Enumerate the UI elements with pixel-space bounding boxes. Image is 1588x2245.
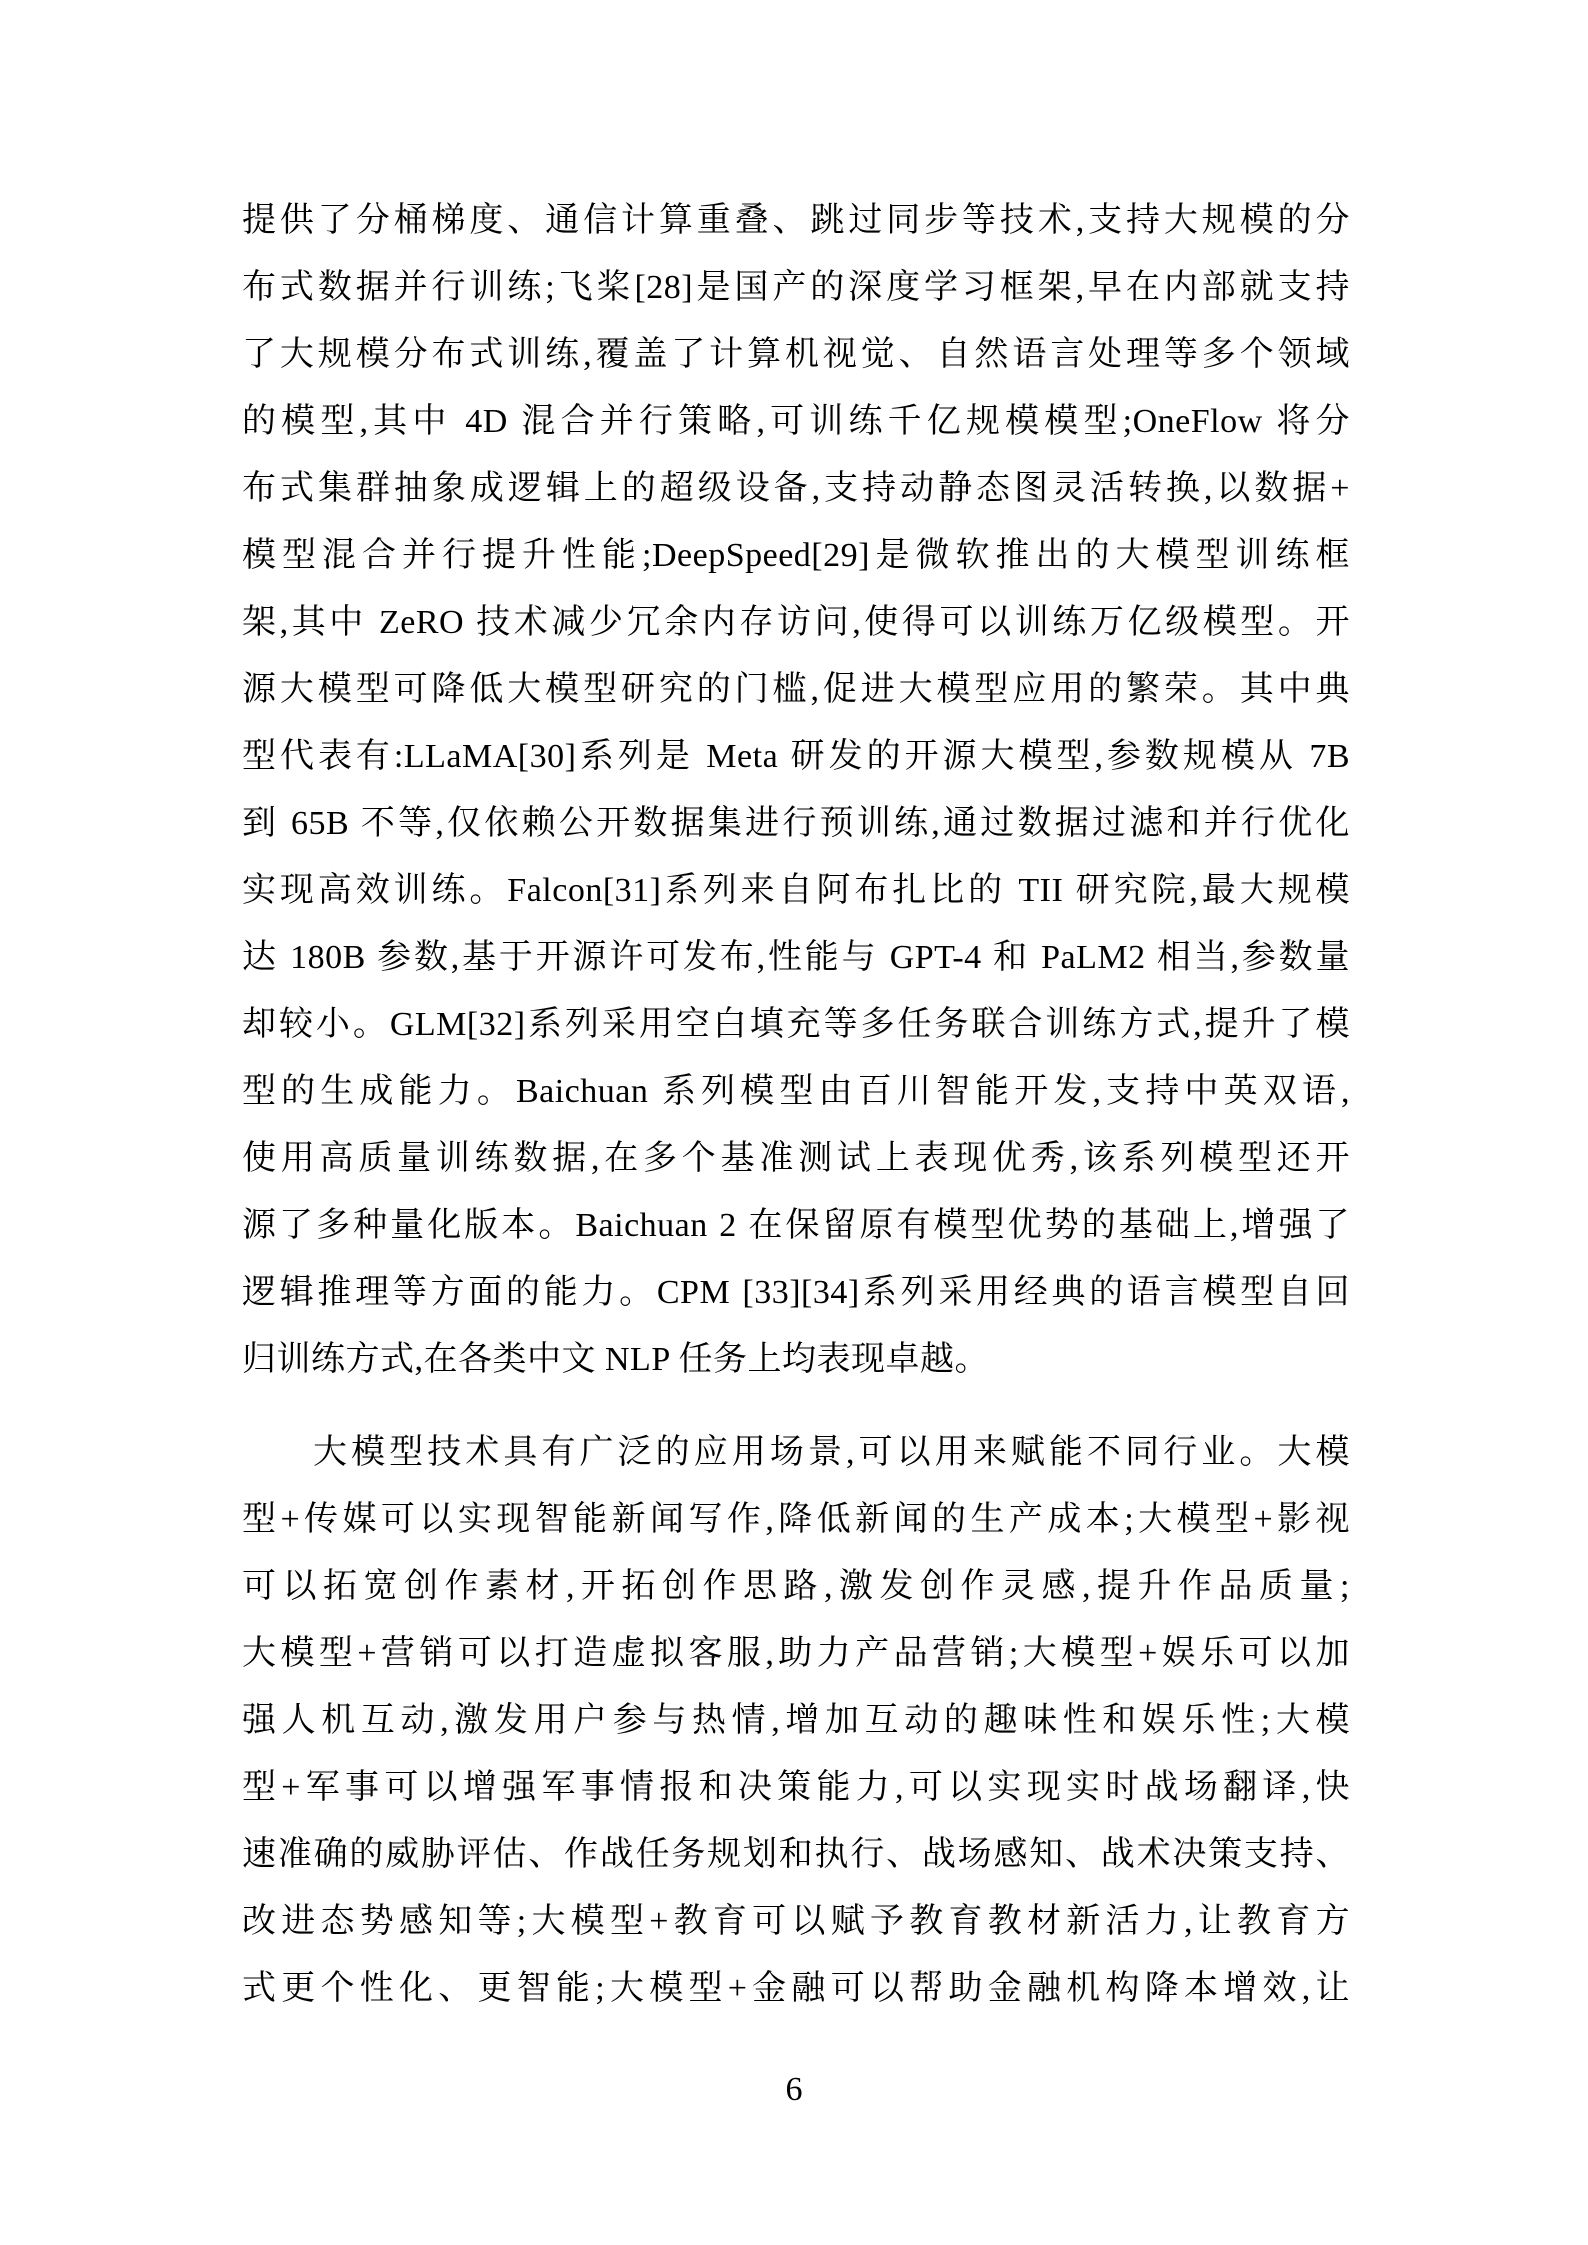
text-line: 源大模型可降低大模型研究的门槛,促进大模型应用的繁荣。其中典 <box>242 656 1350 723</box>
document-page: 提供了分桶梯度、通信计算重叠、跳过同步等技术,支持大规模的分布式数据并行训练;飞… <box>0 0 1588 2245</box>
text-line: 归训练方式,在各类中文 NLP 任务上均表现卓越。 <box>242 1326 1350 1393</box>
text-line: 架,其中 ZeRO 技术减少冗余内存访问,使得可以训练万亿级模型。开 <box>242 589 1350 656</box>
paragraph: 提供了分桶梯度、通信计算重叠、跳过同步等技术,支持大规模的分布式数据并行训练;飞… <box>242 187 1350 1393</box>
text-line: 型的生成能力。Baichuan 系列模型由百川智能开发,支持中英双语, <box>242 1058 1350 1125</box>
text-line: 模型混合并行提升性能;DeepSpeed[29]是微软推出的大模型训练框 <box>242 522 1350 589</box>
text-line: 却较小。GLM[32]系列采用空白填充等多任务联合训练方式,提升了模 <box>242 991 1350 1058</box>
text-line: 大模型+营销可以打造虚拟客服,助力产品营销;大模型+娱乐可以加 <box>242 1620 1350 1687</box>
text-line: 型+军事可以增强军事情报和决策能力,可以实现实时战场翻译,快 <box>242 1754 1350 1821</box>
text-line: 型代表有:LLaMA[30]系列是 Meta 研发的开源大模型,参数规模从 7B <box>242 723 1350 790</box>
text-line: 实现高效训练。Falcon[31]系列来自阿布扎比的 TII 研究院,最大规模 <box>242 857 1350 924</box>
text-line: 型+传媒可以实现智能新闻写作,降低新闻的生产成本;大模型+影视 <box>242 1486 1350 1553</box>
text-line: 大模型技术具有广泛的应用场景,可以用来赋能不同行业。大模 <box>242 1419 1350 1486</box>
text-line: 可以拓宽创作素材,开拓创作思路,激发创作灵感,提升作品质量; <box>242 1553 1350 1620</box>
page-number: 6 <box>0 2060 1588 2120</box>
text-line: 式更个性化、更智能;大模型+金融可以帮助金融机构降本增效,让 <box>242 1955 1350 2022</box>
text-line: 使用高质量训练数据,在多个基准测试上表现优秀,该系列模型还开 <box>242 1125 1350 1192</box>
text-line: 改进态势感知等;大模型+教育可以赋予教育教材新活力,让教育方 <box>242 1888 1350 1955</box>
text-line: 布式数据并行训练;飞桨[28]是国产的深度学习框架,早在内部就支持 <box>242 254 1350 321</box>
text-line: 的模型,其中 4D 混合并行策略,可训练千亿规模模型;OneFlow 将分 <box>242 388 1350 455</box>
text-line: 强人机互动,激发用户参与热情,增加互动的趣味性和娱乐性;大模 <box>242 1687 1350 1754</box>
text-line: 逻辑推理等方面的能力。CPM [33][34]系列采用经典的语言模型自回 <box>242 1259 1350 1326</box>
text-line: 布式集群抽象成逻辑上的超级设备,支持动静态图灵活转换,以数据+ <box>242 455 1350 522</box>
text-line: 源了多种量化版本。Baichuan 2 在保留原有模型优势的基础上,增强了 <box>242 1192 1350 1259</box>
text-body: 提供了分桶梯度、通信计算重叠、跳过同步等技术,支持大规模的分布式数据并行训练;飞… <box>242 187 1350 2022</box>
paragraph: 大模型技术具有广泛的应用场景,可以用来赋能不同行业。大模型+传媒可以实现智能新闻… <box>242 1419 1350 2022</box>
text-line: 到 65B 不等,仅依赖公开数据集进行预训练,通过数据过滤和并行优化 <box>242 790 1350 857</box>
text-line: 达 180B 参数,基于开源许可发布,性能与 GPT-4 和 PaLM2 相当,… <box>242 924 1350 991</box>
text-line: 速准确的威胁评估、作战任务规划和执行、战场感知、战术决策支持、 <box>242 1821 1350 1888</box>
text-line: 提供了分桶梯度、通信计算重叠、跳过同步等技术,支持大规模的分 <box>242 187 1350 254</box>
text-line: 了大规模分布式训练,覆盖了计算机视觉、自然语言处理等多个领域 <box>242 321 1350 388</box>
